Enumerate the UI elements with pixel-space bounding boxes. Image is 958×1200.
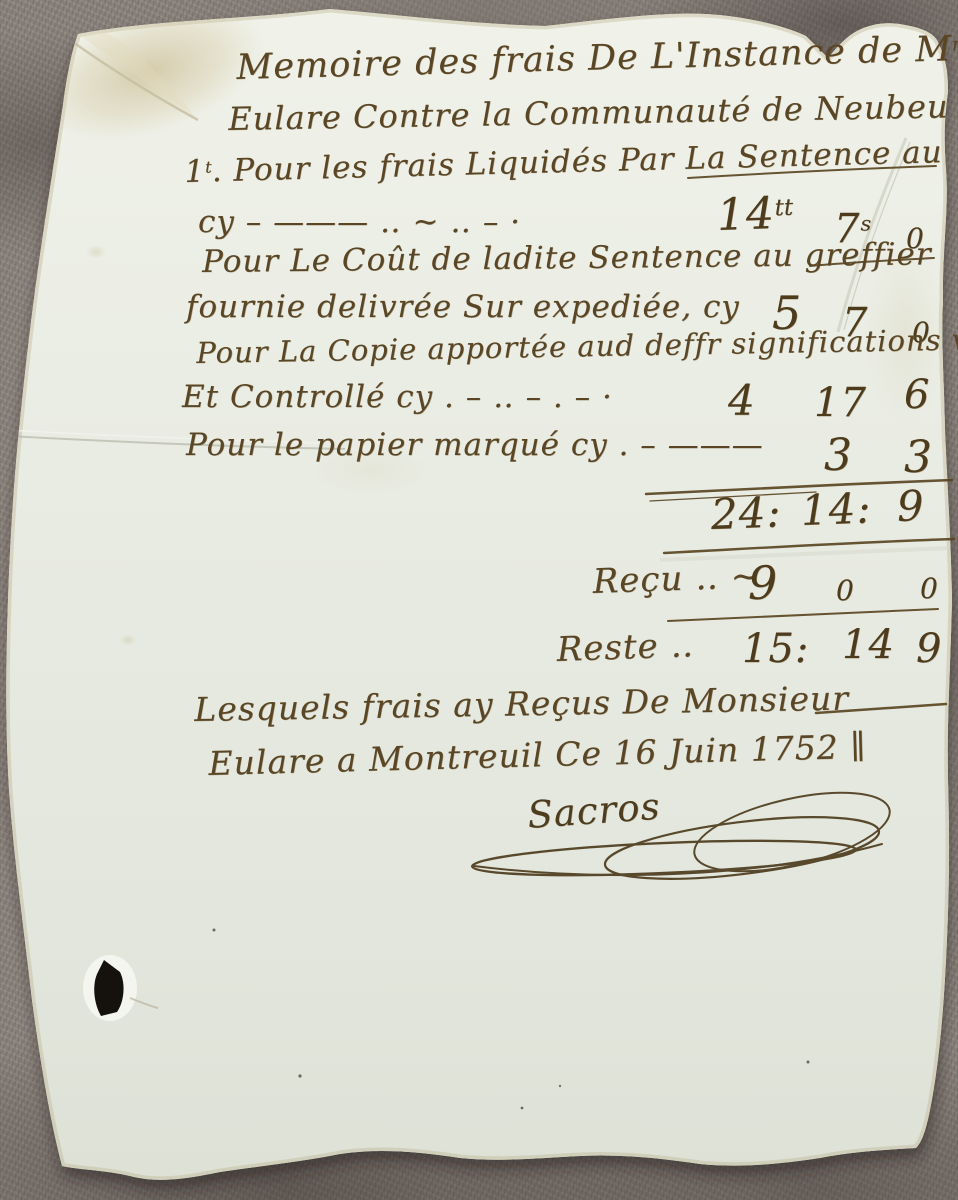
received-sols: 0	[836, 574, 855, 607]
entry-4-amount-sols: 3	[824, 430, 853, 481]
entry-1-amount-livres: 14tt	[716, 187, 794, 241]
entry-3-amount-livres: 4	[728, 376, 756, 425]
photo-of-manuscript: Memoire des frais De L'Instance de Mr Eu…	[0, 0, 958, 1200]
small-stain	[86, 245, 106, 259]
entry-3-line-2: Et Controllé cy . – ‥ – . – ·	[182, 379, 613, 415]
remainder-label: Reste ‥	[556, 625, 695, 670]
entry-2-line-1: Pour Le Coût de ladite Sentence au greff…	[202, 236, 932, 280]
total-livres: 24:	[710, 488, 782, 539]
entry-2-line-2: fournie delivrée Sur expediée, cy	[186, 289, 740, 325]
received-livres: 9	[748, 556, 778, 610]
remainder-sols: 14	[842, 622, 895, 668]
received-deniers: 0	[920, 572, 939, 605]
total-sols: 14:	[800, 484, 872, 535]
entry-1-line-2: cy – ——— ‥ ~ ‥ – ·	[198, 204, 521, 240]
entry-3-amount-sols: 17	[814, 380, 867, 426]
entry-4-line-1: Pour le papier marqué cy . – ———	[186, 427, 764, 463]
entry-4-amount-deniers: 3	[904, 432, 933, 483]
entry-3-amount-deniers: 6	[904, 372, 930, 418]
received-label: Reçu ‥ ~	[592, 556, 761, 602]
remainder-livres: 15:	[742, 626, 809, 672]
total-deniers: 9	[896, 481, 925, 531]
remainder-deniers: 9	[916, 626, 942, 672]
